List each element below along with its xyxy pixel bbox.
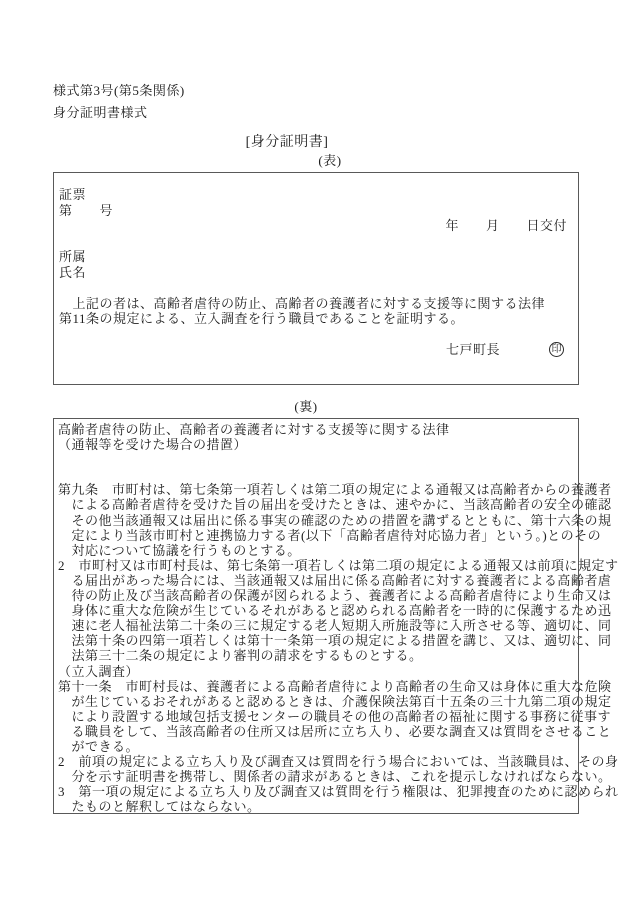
id-card-front-box: 証票 第 号 年 月 日交付 所属 氏名 上記の者は、高齢者虐待の防止、高齢者の… — [53, 172, 579, 385]
affiliation-label: 所属 — [59, 249, 570, 265]
text-line: 身体に重大な危険が生じているそれがあると認められる高齢者を一時的に保護するため迅 — [58, 603, 574, 618]
certification-text: 上記の者は、高齢者虐待の防止、高齢者の養護者に対する支援等に関する法律第11条の… — [59, 296, 570, 327]
text-line: が生じているおそれがあると認めるときは、介護保険法第百十五条の三十九第二項の規定 — [58, 694, 574, 709]
text-line: 対応について協議を行うものとする。 — [58, 543, 574, 558]
text-line: たものと解釈してはならない。 — [58, 799, 574, 814]
text-line — [58, 467, 574, 482]
id-card-back-box: 高齢者虐待の防止、高齢者の養護者に対する支援等に関する法律（通報等を受けた場合の… — [53, 418, 579, 814]
text-line: 速に老人福祉法第二十条の三に規定する老人短期入所施設等に入所させる等、適切に、同 — [58, 618, 574, 633]
text-line: る職員をして、当該高齢者の住所又は居所に立ち入り、必要な調査又は質問をさせること — [58, 724, 574, 739]
text-line: る届出があった場合には、当該通報又は届出に係る高齢者に対する養護者による高齢者虐 — [58, 573, 574, 588]
spacer — [59, 280, 570, 296]
text-line: 待の防止及び当該高齢者の保護が図られるよう、養護者による高齢者虐待により生命又は — [58, 588, 574, 603]
front-side-label: (表) — [0, 150, 630, 169]
text-line: による高齢者虐待を受けた旨の届出を受けたときは、速やかに、当該高齢者の安全の確認 — [58, 497, 574, 512]
issuer-row: 七戸町長 印 — [59, 342, 570, 358]
text-line: 高齢者虐待の防止、高齢者の養護者に対する支援等に関する法律 — [58, 422, 574, 437]
text-line: 第十一条 市町村長は、養護者による高齢者虐待により高齢者の生命又は身体に重大な危… — [58, 679, 574, 694]
text-line: 法第三十二条の規定により審判の請求をするものとする。 — [58, 648, 574, 663]
seal-character: 印 — [552, 345, 562, 355]
text-line — [58, 452, 574, 467]
text-line: 2 市町村又は市町村長は、第七条第一項若しくは第二項の規定による通報又は前項に規… — [58, 558, 574, 573]
spacer — [59, 327, 570, 343]
text-line: 上記の者は、高齢者虐待の防止、高齢者の養護者に対する支援等に関する法律 — [59, 296, 570, 312]
document-page: 様式第3号(第5条関係) 身分証明書様式 [身分証明書] (表) 証票 第 号 … — [0, 0, 630, 903]
issue-date-line: 年 月 日交付 — [59, 218, 570, 234]
legal-text: 高齢者虐待の防止、高齢者の養護者に対する支援等に関する法律（通報等を受けた場合の… — [58, 422, 574, 814]
text-line: 第九条 市町村は、第七条第一項若しくは第二項の規定による通報又は高齢者からの養護… — [58, 482, 574, 497]
text-line: 2 前項の規定による立ち入り及び調査又は質問を行う場合においては、当該職員は、そ… — [58, 754, 574, 769]
document-title: [身分証明書] — [0, 131, 574, 151]
id-ticket-label: 証票 — [59, 187, 570, 203]
official-seal-icon: 印 — [549, 342, 564, 357]
spacer — [59, 234, 570, 250]
text-line: 第11条の規定による、立入調査を行う職員であることを証明する。 — [59, 311, 570, 327]
text-line: 定により当該市町村と連携協力する者(以下「高齢者虐待対応協力者」という。)とのそ… — [58, 528, 574, 543]
text-line: その他当該通報又は届出に係る事実の確認のための措置を講ずるとともに、第十六条の規 — [58, 513, 574, 528]
text-line: 法第十条の四第一項若しくは第十一条第一項の規定による措置を講じ、又は、適切に、同 — [58, 633, 574, 648]
issuer-name: 七戸町長 — [446, 342, 500, 358]
form-style-title: 身分証明書様式 — [53, 102, 148, 121]
text-line: （通報等を受けた場合の措置） — [58, 437, 574, 452]
form-number: 様式第3号(第5条関係) — [53, 80, 185, 99]
certificate-number-line: 第 号 — [59, 203, 570, 219]
text-line: により設置する地域包括支援センターの職員その他の高齢者の福祉に関する事務に従事す — [58, 709, 574, 724]
text-line: 3 第一項の規定による立ち入り及び調査又は質問を行う権限は、犯罪捜査のために認め… — [58, 784, 574, 799]
text-line: 分を示す証明書を携帯し、関係者の請求があるときは、これを提示しなければならない。 — [58, 769, 574, 784]
name-label: 氏名 — [59, 265, 570, 281]
back-side-label: (裏) — [0, 396, 612, 415]
text-line: ができる。 — [58, 739, 574, 754]
text-line: （立入調査） — [58, 664, 574, 679]
